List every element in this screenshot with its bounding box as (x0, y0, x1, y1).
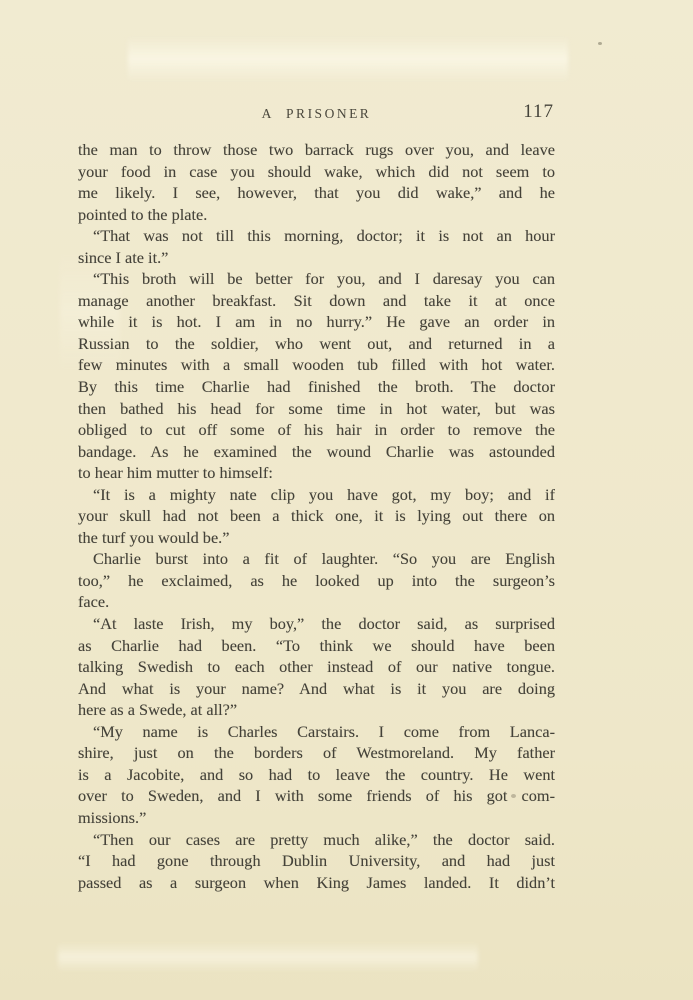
running-head: A PRISONER (78, 106, 555, 122)
text-line: me likely. I see, however, that you did … (78, 182, 555, 204)
text-line: here as a Swede, at all?” (78, 699, 555, 721)
text-line: the man to throw those two barrack rugs … (78, 139, 555, 161)
paragraph: “At laste Irish, my boy,” the doctor sai… (78, 613, 555, 721)
text-line: missions.” (78, 807, 555, 829)
text-line: “It is a mighty nate clip you have got, … (78, 484, 555, 506)
text-line: over to Sweden, and I with some friends … (78, 785, 555, 807)
book-page-edge (676, 0, 693, 1000)
text-line: your skull had not been a thick one, it … (78, 505, 555, 527)
text-line: “Then our cases are pretty much alike,” … (78, 829, 555, 851)
paragraph: “That was not till this morning, doctor;… (78, 225, 555, 268)
text-block: the man to throw those two barrack rugs … (78, 139, 555, 893)
text-line: And what is your name? And what is it yo… (78, 678, 555, 700)
text-line: passed as a surgeon when King James land… (78, 872, 555, 894)
text-line: the turf you would be.” (78, 527, 555, 549)
text-line: your food in case you should wake, which… (78, 161, 555, 183)
text-line: obliged to cut off some of his hair in o… (78, 419, 555, 441)
paragraph: “Then our cases are pretty much alike,” … (78, 829, 555, 894)
scan-light-streak (58, 942, 478, 972)
text-line: By this time Charlie had finished the br… (78, 376, 555, 398)
paragraph: “It is a mighty nate clip you have got, … (78, 484, 555, 549)
text-line: “My name is Charles Carstairs. I come fr… (78, 721, 555, 743)
paragraph: “This broth will be better for you, and … (78, 268, 555, 483)
text-line: Russian to the soldier, who went out, an… (78, 333, 555, 355)
page-speck (598, 42, 602, 45)
text-line: as Charlie had been. “To think we should… (78, 635, 555, 657)
paragraph: Charlie burst into a fit of laughter. “S… (78, 548, 555, 613)
text-line: manage another breakfast. Sit down and t… (78, 290, 555, 312)
text-line: then bathed his head for some time in ho… (78, 398, 555, 420)
text-line: bandage. As he examined the wound Charli… (78, 441, 555, 463)
text-line: “That was not till this morning, doctor;… (78, 225, 555, 247)
text-line: is a Jacobite, and so had to leave the c… (78, 764, 555, 786)
page-number: 117 (523, 101, 554, 123)
text-line: talking Swedish to each other instead of… (78, 656, 555, 678)
text-line: “I had gone through Dublin University, a… (78, 850, 555, 872)
paragraph: “My name is Charles Carstairs. I come fr… (78, 721, 555, 829)
book-page-scan: A PRISONER 117 the man to throw those tw… (0, 0, 693, 1000)
text-line: “At laste Irish, my boy,” the doctor sai… (78, 613, 555, 635)
text-line: shire, just on the borders of Westmorela… (78, 742, 555, 764)
text-line: few minutes with a small wooden tub fill… (78, 354, 555, 376)
text-line: to hear him mutter to himself: (78, 462, 555, 484)
text-line: Charlie burst into a fit of laughter. “S… (78, 548, 555, 570)
text-line: “This broth will be better for you, and … (78, 268, 555, 290)
text-line: pointed to the plate. (78, 204, 555, 226)
text-line: too,” he exclaimed, as he looked up into… (78, 570, 555, 592)
text-line: while it is hot. I am in no hurry.” He g… (78, 311, 555, 333)
text-line: face. (78, 591, 555, 613)
paragraph: the man to throw those two barrack rugs … (78, 139, 555, 225)
scan-light-streak (128, 36, 568, 82)
text-line: since I ate it.” (78, 247, 555, 269)
